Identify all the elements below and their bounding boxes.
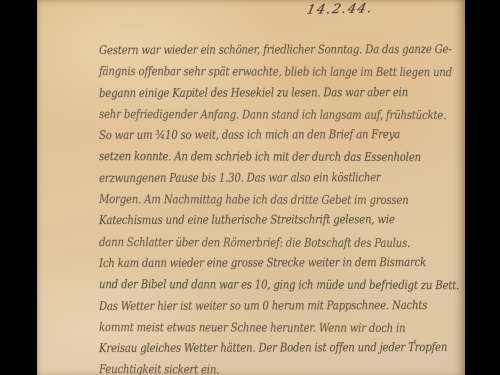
handwritten-line: Feuchtigkeit sickert ein. <box>99 359 403 375</box>
handwritten-line: Morgen. Am Nachmittag habe ich das dritt… <box>99 189 403 211</box>
handwritten-line: So war um ¾10 so weit, dass ich mich an … <box>99 124 403 146</box>
letter-date: 14.2.44. <box>305 1 375 17</box>
handwritten-line: setzen konnte. An dem schrieb ich mit de… <box>99 146 403 168</box>
scan-background: 14.2.44. Gestern war wieder ein schöner,… <box>0 0 500 375</box>
handwritten-line: fängnis offenbar sehr spät erwachte, bli… <box>99 61 403 83</box>
handwritten-line: Katechismus und eine lutherische Streits… <box>99 209 403 231</box>
letter-page: 14.2.44. Gestern war wieder ein schöner,… <box>37 0 465 375</box>
handwritten-line: sehr befriedigender Anfang. Dann stand i… <box>99 104 403 126</box>
handwritten-line: begann einige Kapitel des Hesekiel zu le… <box>99 82 403 104</box>
handwritten-line: kommt meist etwas neuer Schnee herunter.… <box>99 317 403 339</box>
handwritten-line: Kreisau gleiches Wetter hätten. Der Bode… <box>99 337 403 359</box>
handwritten-line: erzwungenen Pause bis 1.30. Das war also… <box>99 167 403 189</box>
handwritten-line: Gestern war wieder ein schöner, friedlic… <box>99 39 403 61</box>
letter-body: Gestern war wieder ein schöner, friedlic… <box>99 40 461 375</box>
handwritten-line: dann Schlatter über den Römerbrief: die … <box>99 232 403 254</box>
handwritten-line: Das Wetter hier ist weiter so um 0 herum… <box>99 295 403 317</box>
handwritten-line: Ich kam dann wieder eine grosse Strecke … <box>99 252 403 274</box>
handwritten-line: und der Bibel und dann war es 10, ging i… <box>99 274 403 296</box>
